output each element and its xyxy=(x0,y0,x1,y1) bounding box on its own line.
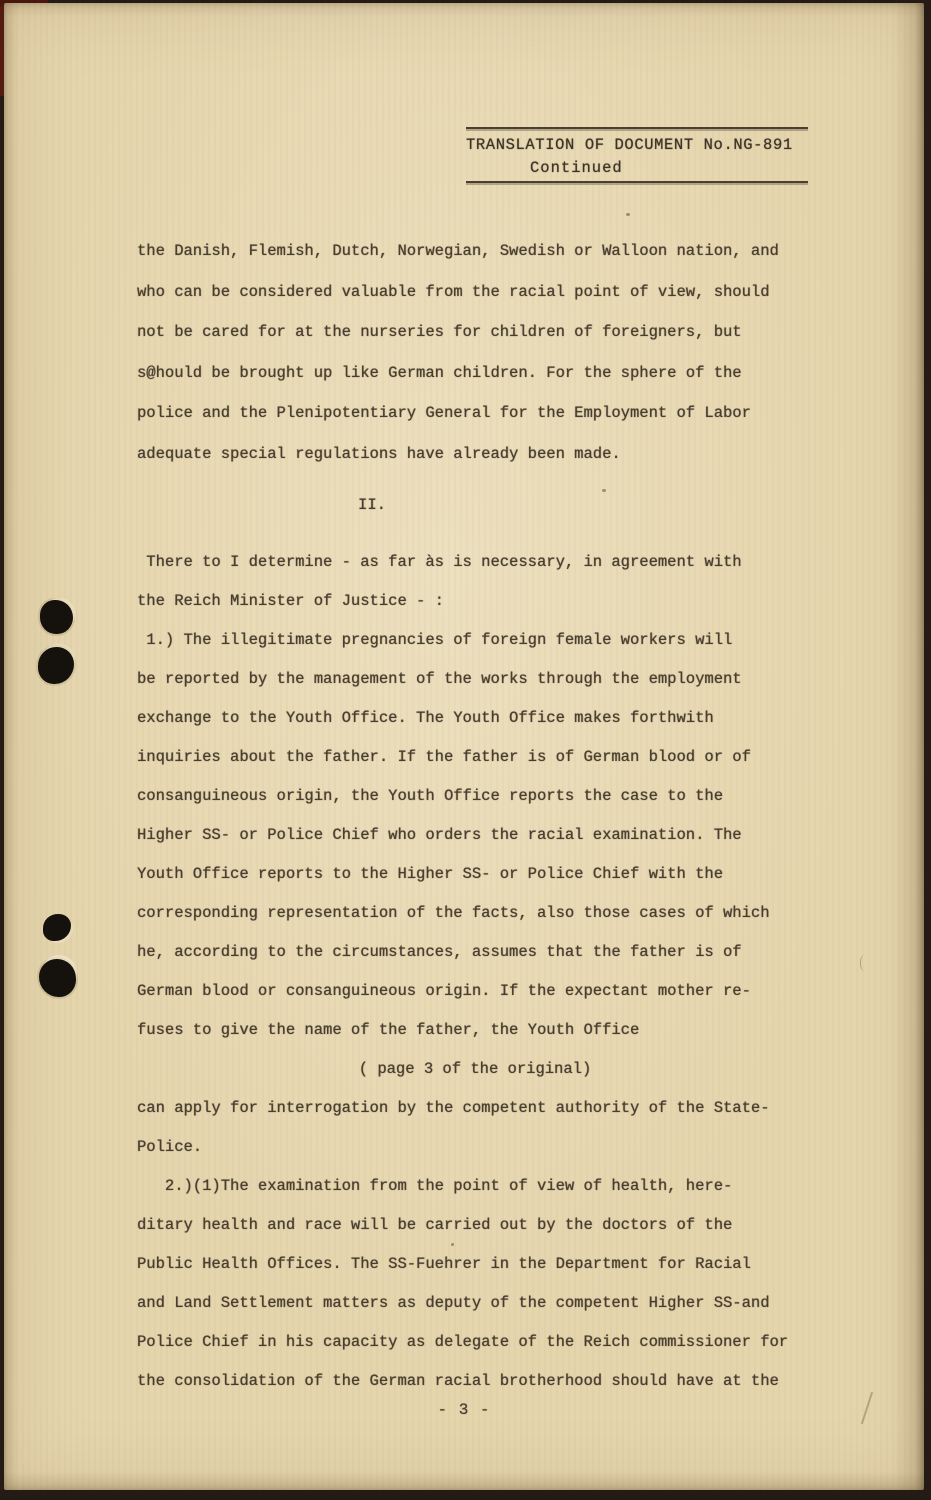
text-line: police and the Plenipotentiary General f… xyxy=(137,393,813,434)
text-line: Higher SS- or Police Chief who orders th… xyxy=(137,816,813,855)
document-header: TRANSLATION OF DOCUMENT No.NG-891 Contin… xyxy=(466,127,808,183)
hole-punch xyxy=(38,647,74,684)
text-line: Police. xyxy=(137,1128,813,1167)
text-line: not be cared for at the nurseries for ch… xyxy=(137,312,813,353)
text-line: he, according to the circumstances, assu… xyxy=(137,933,813,972)
text-line: Police Chief in his capacity as delegate… xyxy=(137,1323,813,1362)
header-rule-bottom xyxy=(466,181,808,183)
text-line: exchange to the Youth Office. The Youth … xyxy=(137,699,813,738)
text-line: 2.)(1)The examination from the point of … xyxy=(137,1167,813,1206)
text-line: 1.) The illegitimate pregnancies of fore… xyxy=(137,621,813,660)
text-line: corresponding representation of the fact… xyxy=(137,894,813,933)
text-line: There to I determine - as far às is nece… xyxy=(137,543,813,582)
paper-scratch xyxy=(860,955,868,971)
text-line: fuses to give the name of the father, th… xyxy=(137,1011,813,1050)
text-line: the consolidation of the German racial b… xyxy=(137,1362,813,1401)
text-line: adequate special regulations have alread… xyxy=(137,434,813,475)
hole-punch xyxy=(39,959,76,997)
text-line: s@hould be brought up like German childr… xyxy=(137,353,813,394)
text-line: can apply for interrogation by the compe… xyxy=(137,1089,813,1128)
paper-speck xyxy=(451,1243,454,1246)
text-line: be reported by the management of the wor… xyxy=(137,660,813,699)
paper-speck xyxy=(602,489,606,492)
document-body: the Danish, Flemish, Dutch, Norwegian, S… xyxy=(137,231,813,1401)
text-line: the Danish, Flemish, Dutch, Norwegian, S… xyxy=(137,231,813,272)
header-rule-top xyxy=(466,127,808,129)
paper-scratch xyxy=(861,1392,873,1425)
page-reference-line: ( page 3 of the original) xyxy=(137,1050,813,1089)
paper-speck xyxy=(626,213,630,216)
text-line: Youth Office reports to the Higher SS- o… xyxy=(137,855,813,894)
hole-punch xyxy=(40,600,73,634)
text-line: German blood or consanguineous origin. I… xyxy=(137,972,813,1011)
hole-punch xyxy=(43,914,71,941)
header-title: TRANSLATION OF DOCUMENT No.NG-891 xyxy=(466,133,808,157)
text-line: Public Health Offices. The SS-Fuehrer in… xyxy=(137,1245,813,1284)
text-line: consanguineous origin, the Youth Office … xyxy=(137,777,813,816)
header-continued: Continued xyxy=(466,157,808,179)
text-line: and Land Settlement matters as deputy of… xyxy=(137,1284,813,1323)
document-page: TRANSLATION OF DOCUMENT No.NG-891 Contin… xyxy=(4,3,924,1490)
paragraph-section-1: the Danish, Flemish, Dutch, Norwegian, S… xyxy=(137,231,813,474)
text-line: who can be considered valuable from the … xyxy=(137,272,813,313)
text-line: the Reich Minister of Justice - : xyxy=(137,582,813,621)
text-line: inquiries about the father. If the fathe… xyxy=(137,738,813,777)
paragraph-section-2: II. There to I determine - as far às is … xyxy=(137,486,813,1401)
page-number: - 3 - xyxy=(409,1401,519,1419)
text-line: ditary health and race will be carried o… xyxy=(137,1206,813,1245)
section-heading: II. xyxy=(137,486,607,525)
